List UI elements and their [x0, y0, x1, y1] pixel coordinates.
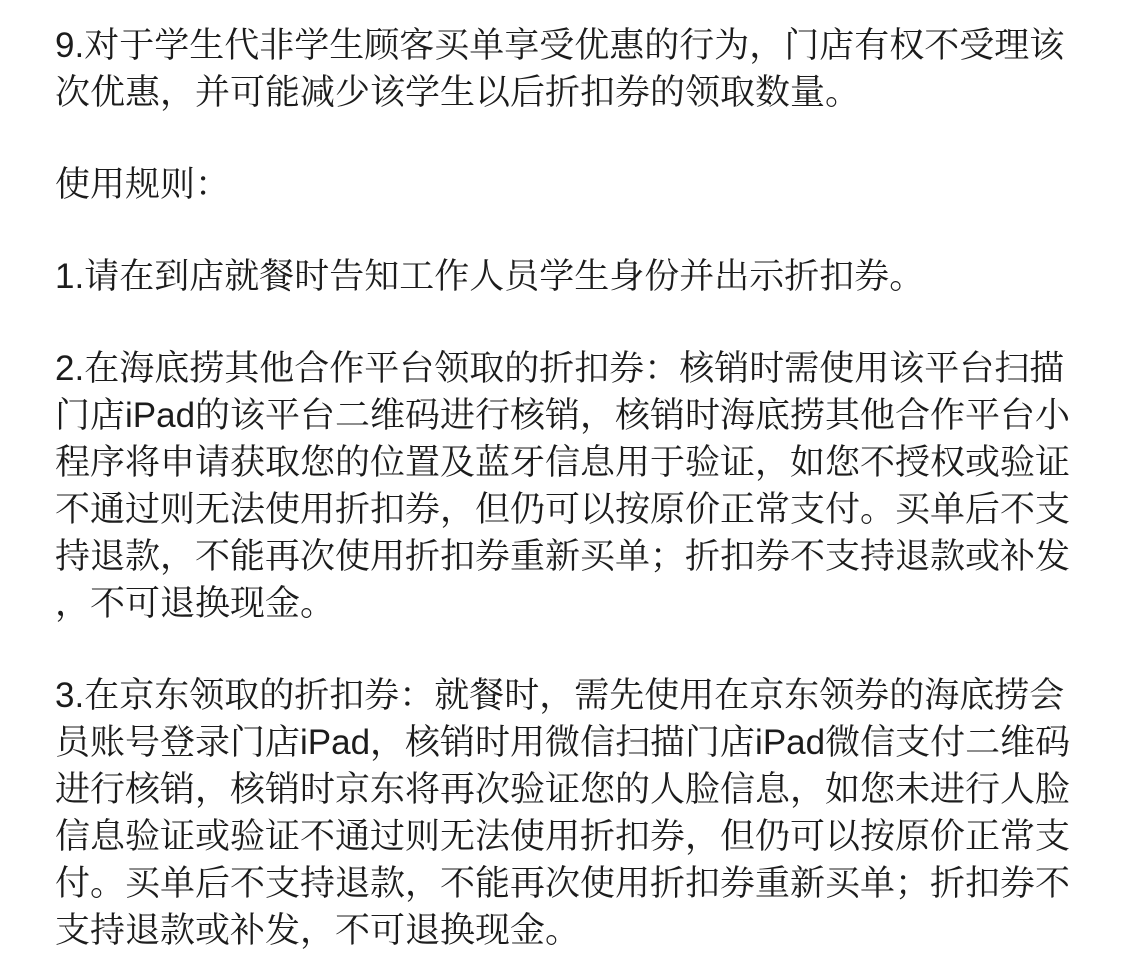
text-line: 员账号登录门店iPad，核销时用微信扫描门店iPad微信支付二维码 — [55, 719, 1087, 766]
text-line: 程序将申请获取您的位置及蓝牙信息用于验证，如您不授权或验证 — [55, 439, 1087, 486]
usage-rules-heading: 使用规则： — [55, 161, 1087, 208]
text-line: 2.在海底捞其他合作平台领取的折扣券：核销时需使用该平台扫描 — [55, 345, 1087, 392]
text-line: 1.请在到店就餐时告知工作人员学生身份并出示折扣券。 — [55, 253, 1087, 300]
text-line: 支持退款或补发，不可退换现金。 — [55, 907, 1087, 954]
paragraph-general-rule-9: 9.对于学生代非学生顾客买单享受优惠的行为，门店有权不受理该 次优惠，并可能减少… — [55, 22, 1087, 116]
text-line: 信息验证或验证不通过则无法使用折扣券，但仍可以按原价正常支 — [55, 813, 1087, 860]
text-line: 持退款，不能再次使用折扣券重新买单；折扣券不支持退款或补发 — [55, 533, 1087, 580]
text-line: 进行核销，核销时京东将再次验证您的人脸信息，如您未进行人脸 — [55, 766, 1087, 813]
text-line: 付。买单后不支持退款，不能再次使用折扣券重新买单；折扣券不 — [55, 860, 1087, 907]
coupon-terms-page: 9.对于学生代非学生顾客买单享受优惠的行为，门店有权不受理该 次优惠，并可能减少… — [0, 0, 1125, 973]
text-line: 使用规则： — [55, 161, 1087, 208]
text-line: 不通过则无法使用折扣券，但仍可以按原价正常支付。买单后不支 — [55, 486, 1087, 533]
paragraph-usage-rule-1: 1.请在到店就餐时告知工作人员学生身份并出示折扣券。 — [55, 253, 1087, 300]
paragraph-usage-rule-2: 2.在海底捞其他合作平台领取的折扣券：核销时需使用该平台扫描 门店iPad的该平… — [55, 345, 1087, 627]
text-line: ，不可退换现金。 — [55, 580, 1087, 627]
text-line: 3.在京东领取的折扣券：就餐时，需先使用在京东领券的海底捞会 — [55, 672, 1087, 719]
text-line: 次优惠，并可能减少该学生以后折扣券的领取数量。 — [55, 69, 1087, 116]
paragraph-usage-rule-3: 3.在京东领取的折扣券：就餐时，需先使用在京东领券的海底捞会 员账号登录门店iP… — [55, 672, 1087, 954]
text-line: 门店iPad的该平台二维码进行核销，核销时海底捞其他合作平台小 — [55, 392, 1087, 439]
text-line: 9.对于学生代非学生顾客买单享受优惠的行为，门店有权不受理该 — [55, 22, 1087, 69]
